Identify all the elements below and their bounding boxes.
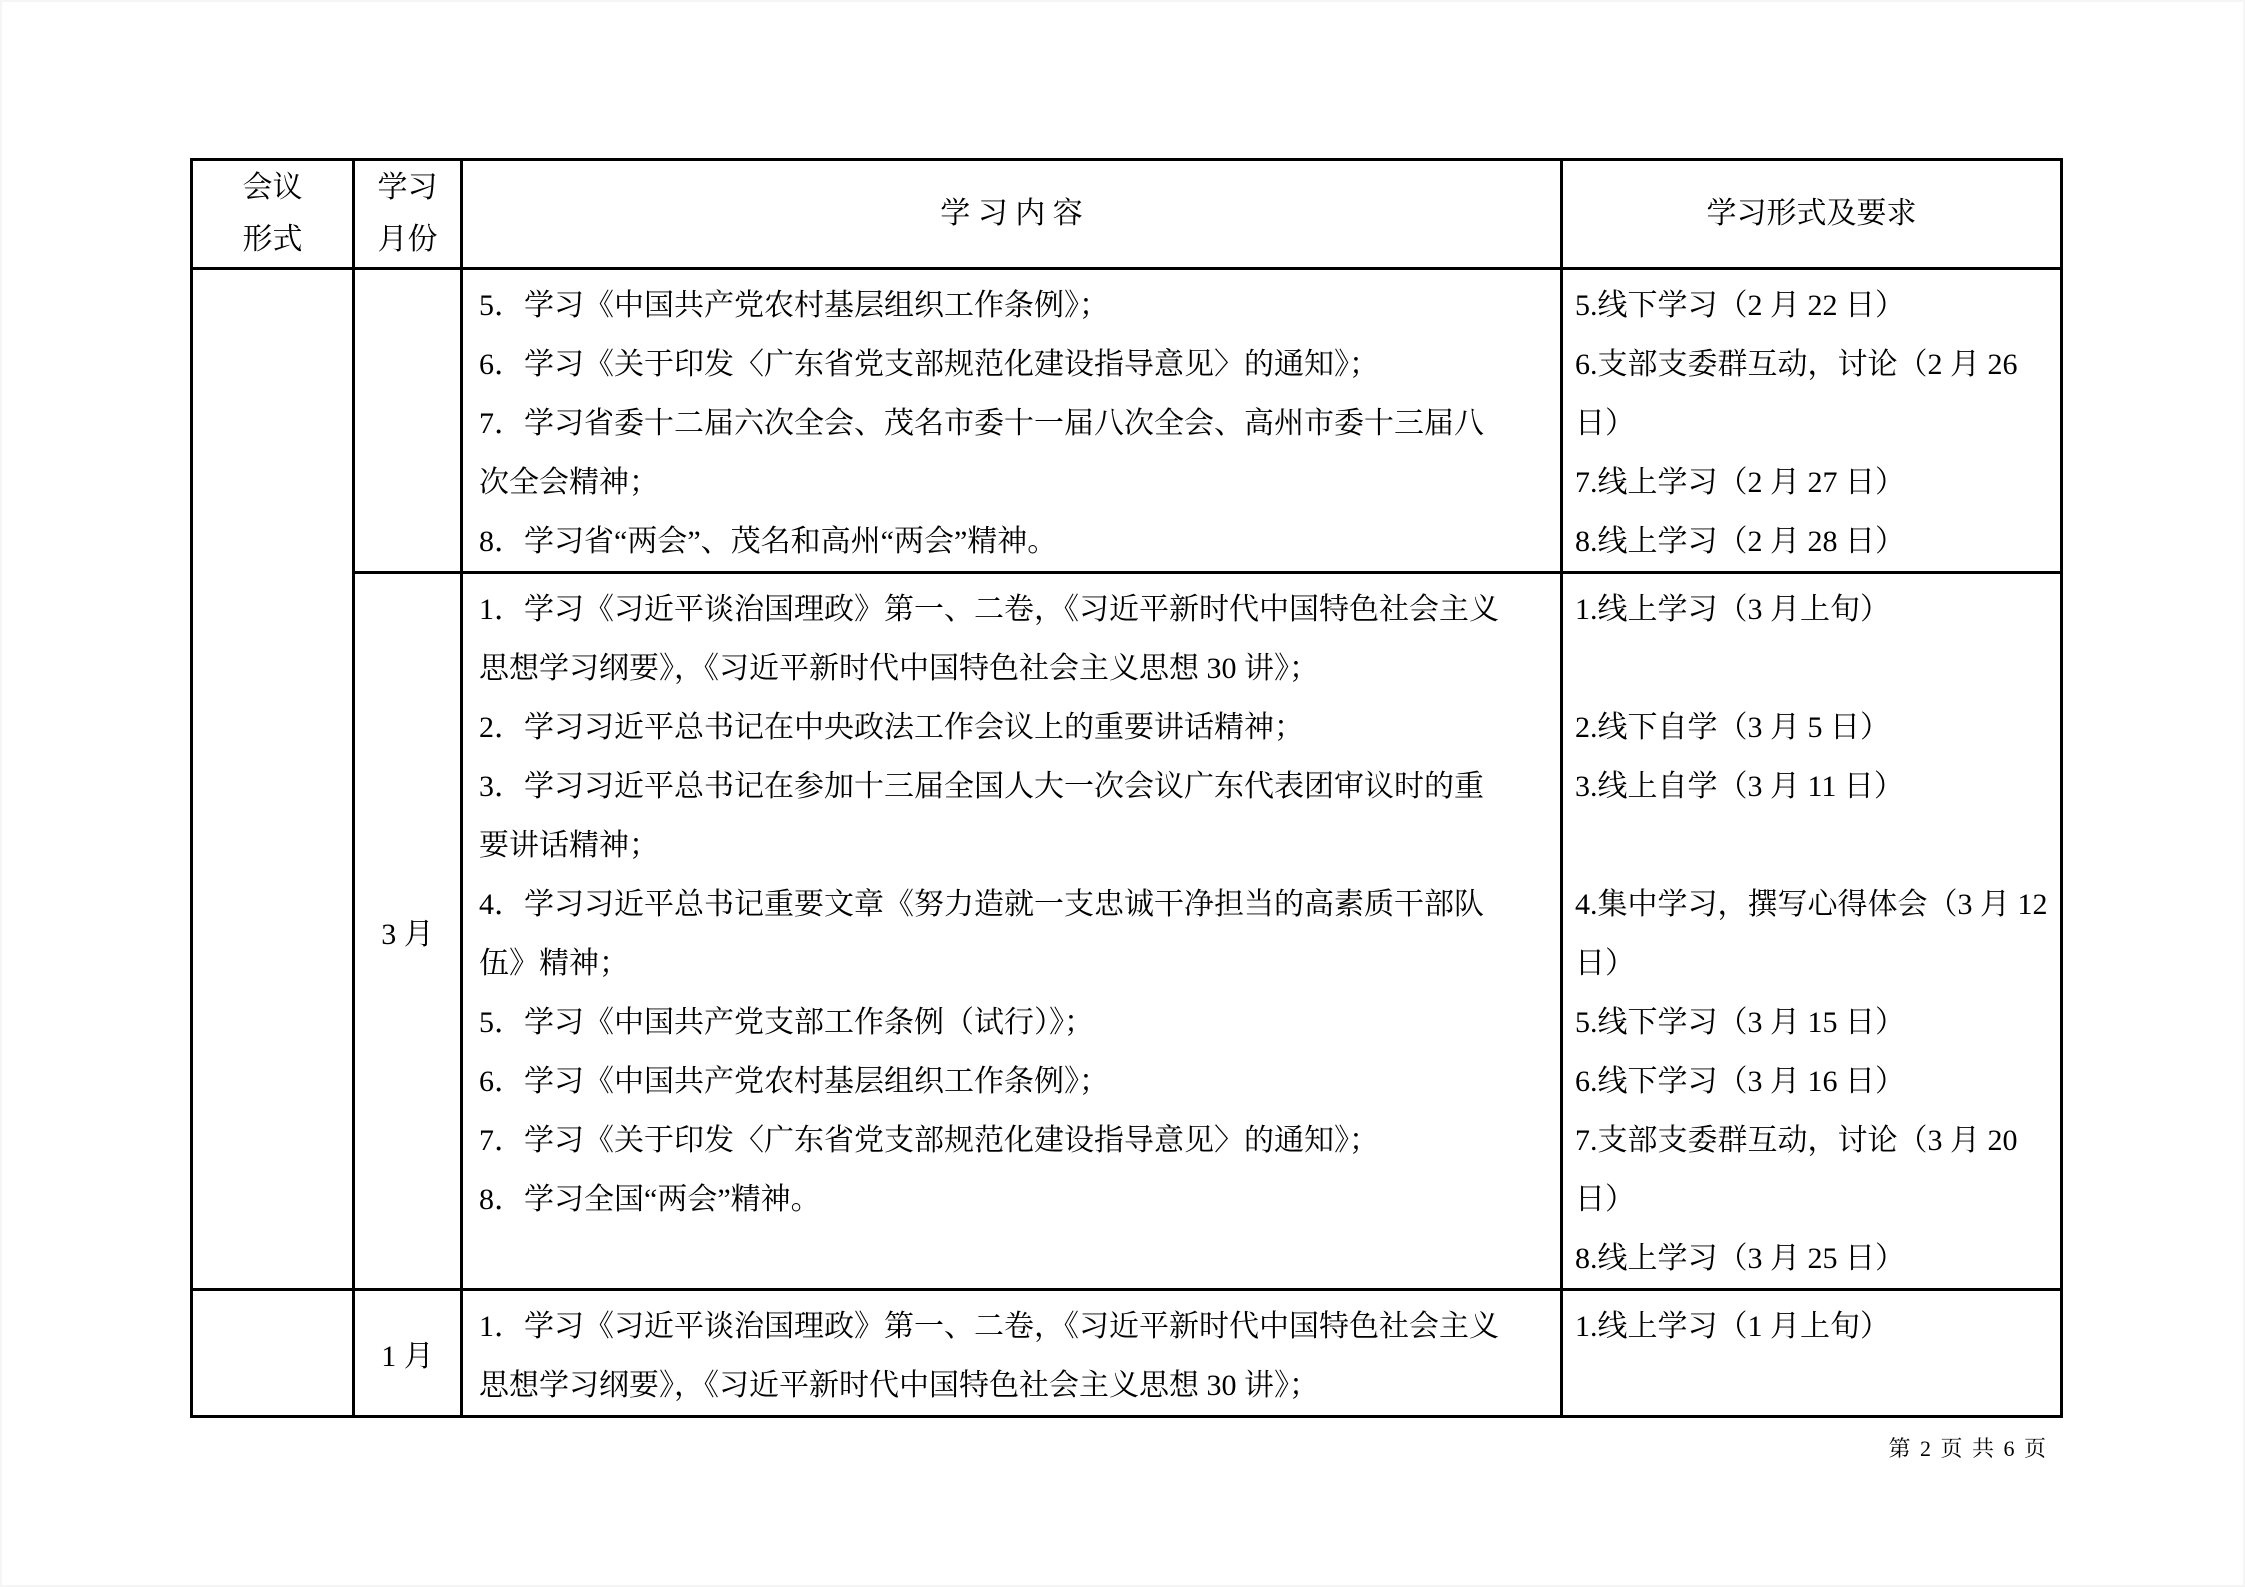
text-line: 1.线上学习（1 月上旬）	[1575, 1297, 2050, 1356]
requirements-cell-march: 1.线上学习（3 月上旬）2.线下自学（3 月 5 日）3.线上自学（3 月 1…	[1562, 573, 2062, 1290]
meeting-format-cell-january	[192, 1290, 354, 1417]
text-line: 5.线下学习（3 月 15 日）	[1575, 993, 2050, 1052]
text-line: 8．学习省“两会”、茂名和高州“两会”精神。	[479, 512, 1500, 571]
text-line: 2.线下自学（3 月 5 日）	[1575, 698, 2050, 757]
text-line: 1．学习《习近平谈治国理政》第一、二卷，《习近平新时代中国特色社会主义思想学习纲…	[479, 1297, 1500, 1415]
page-number: 第 2 页 共 6 页	[1888, 1432, 2048, 1463]
text-line: 5.线下学习（2 月 22 日）	[1575, 276, 2050, 335]
text-line: 7．学习省委十二届六次全会、茂名市委十一届八次全会、高州市委十三届八次全会精神；	[479, 394, 1500, 512]
text-line: 4．学习习近平总书记重要文章《努力造就一支忠诚干净担当的高素质干部队伍》精神；	[479, 875, 1500, 993]
text-line: 会议	[193, 162, 352, 214]
content-cell-january: 1．学习《习近平谈治国理政》第一、二卷，《习近平新时代中国特色社会主义思想学习纲…	[462, 1290, 1562, 1417]
text-line: 1．学习《习近平谈治国理政》第一、二卷，《习近平新时代中国特色社会主义思想学习纲…	[479, 580, 1500, 698]
header-study-month: 学习月份	[354, 160, 462, 269]
text-line: 1.线上学习（3 月上旬）	[1575, 580, 2050, 639]
header-study-content: 学 习 内 容	[462, 160, 1562, 269]
content-cell-february: 5．学习《中国共产党农村基层组织工作条例》；6．学习《关于印发〈广东省党支部规范…	[462, 269, 1562, 573]
table-row-february: 5．学习《中国共产党农村基层组织工作条例》；6．学习《关于印发〈广东省党支部规范…	[192, 269, 2062, 573]
table-row-march: 3 月 1．学习《习近平谈治国理政》第一、二卷，《习近平新时代中国特色社会主义思…	[192, 573, 2062, 1290]
requirements-cell-january: 1.线上学习（1 月上旬）	[1562, 1290, 2062, 1417]
document-page: 会议形式 学习月份 学 习 内 容 学习形式及要求 5．学习《中国共产党农村基层…	[0, 0, 2245, 1587]
month-cell-january: 1 月	[354, 1290, 462, 1417]
text-line: 5．学习《中国共产党支部工作条例（试行）》；	[479, 993, 1500, 1052]
requirements-cell-february: 5.线下学习（2 月 22 日）6.支部支委群互动，讨论（2 月 26 日）7.…	[1562, 269, 2062, 573]
month-cell-march: 3 月	[354, 573, 462, 1290]
text-line: 形式	[193, 214, 352, 266]
text-line: 7.线上学习（2 月 27 日）	[1575, 453, 2050, 512]
text-line: 6．学习《关于印发〈广东省党支部规范化建设指导意见〉的通知》；	[479, 335, 1500, 394]
text-line: 6．学习《中国共产党农村基层组织工作条例》；	[479, 1052, 1500, 1111]
study-plan-table: 会议形式 学习月份 学 习 内 容 学习形式及要求 5．学习《中国共产党农村基层…	[190, 158, 2063, 1418]
text-line: 3.线上自学（3 月 11 日）	[1575, 757, 2050, 816]
text-line: 8.线上学习（2 月 28 日）	[1575, 512, 2050, 571]
header-study-form: 学习形式及要求	[1562, 160, 2062, 269]
table-header-row: 会议形式 学习月份 学 习 内 容 学习形式及要求	[192, 160, 2062, 269]
text-line	[1575, 639, 2050, 698]
month-cell-february	[354, 269, 462, 573]
meeting-format-cell-merged	[192, 269, 354, 1290]
text-line	[1575, 816, 2050, 875]
content-cell-march: 1．学习《习近平谈治国理政》第一、二卷，《习近平新时代中国特色社会主义思想学习纲…	[462, 573, 1562, 1290]
text-line: 7．学习《关于印发〈广东省党支部规范化建设指导意见〉的通知》；	[479, 1111, 1500, 1170]
text-line: 2．学习习近平总书记在中央政法工作会议上的重要讲话精神；	[479, 698, 1500, 757]
text-line: 4.集中学习，撰写心得体会（3 月 12 日）	[1575, 875, 2050, 993]
text-line: 月份	[355, 214, 460, 266]
text-line: 8．学习全国“两会”精神。	[479, 1170, 1500, 1229]
text-line: 6.支部支委群互动，讨论（2 月 26 日）	[1575, 335, 2050, 453]
text-line: 5．学习《中国共产党农村基层组织工作条例》；	[479, 276, 1500, 335]
text-line: 3．学习习近平总书记在参加十三届全国人大一次会议广东代表团审议时的重要讲话精神；	[479, 757, 1500, 875]
text-line: 学习	[355, 162, 460, 214]
table-row-january: 1 月 1．学习《习近平谈治国理政》第一、二卷，《习近平新时代中国特色社会主义思…	[192, 1290, 2062, 1417]
text-line: 7.支部支委群互动，讨论（3 月 20 日）	[1575, 1111, 2050, 1229]
text-line: 6.线下学习（3 月 16 日）	[1575, 1052, 2050, 1111]
header-meeting-format: 会议形式	[192, 160, 354, 269]
text-line: 8.线上学习（3 月 25 日）	[1575, 1229, 2050, 1288]
